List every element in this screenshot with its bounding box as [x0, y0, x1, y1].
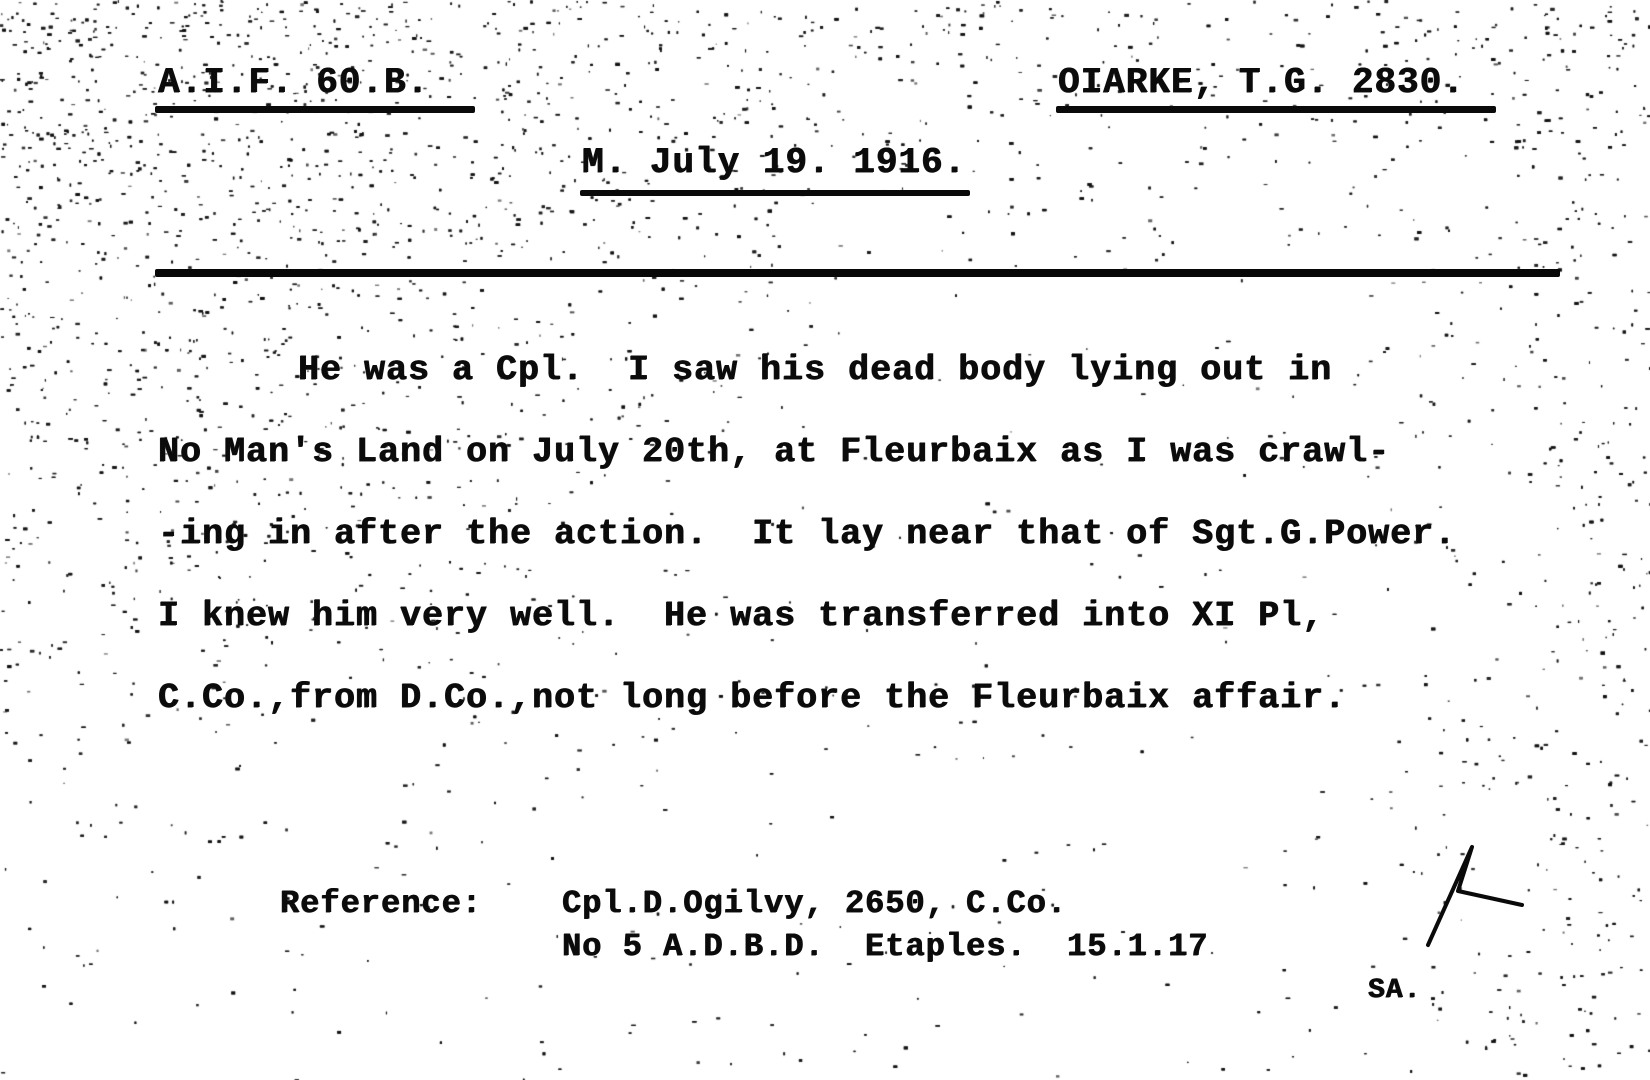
handwritten-mark-icon — [1420, 835, 1530, 965]
unit-reference: A.I.F. 60.B. — [158, 62, 429, 103]
statement-line: I knew him very well. He was transferred… — [158, 596, 1324, 636]
reference-location-date: No 5 A.D.B.D. Etaples. 15.1.17 — [562, 928, 1209, 965]
reference-informant: Cpl.D.Ogilvy, 2650, C.Co. — [562, 885, 1067, 922]
reference-label: Reference: — [280, 885, 482, 922]
section-divider — [155, 269, 1560, 277]
casualty-date-underline — [580, 190, 970, 196]
clerk-initials: SA. — [1368, 975, 1421, 1006]
statement-line: -ing in after the action. It lay near th… — [158, 514, 1456, 554]
soldier-name-number: OIARKE, T.G. 2830. — [1058, 62, 1465, 103]
soldier-name-underline — [1056, 106, 1496, 113]
statement-line: He was a Cpl. I saw his dead body lying … — [298, 350, 1332, 390]
statement-line: C.Co.,from D.Co.,not long before the Fle… — [158, 678, 1346, 718]
casualty-date: M. July 19. 1916. — [582, 142, 966, 183]
statement-line: No Man's Land on July 20th, at Fleurbaix… — [158, 432, 1390, 472]
unit-reference-underline — [155, 106, 475, 113]
